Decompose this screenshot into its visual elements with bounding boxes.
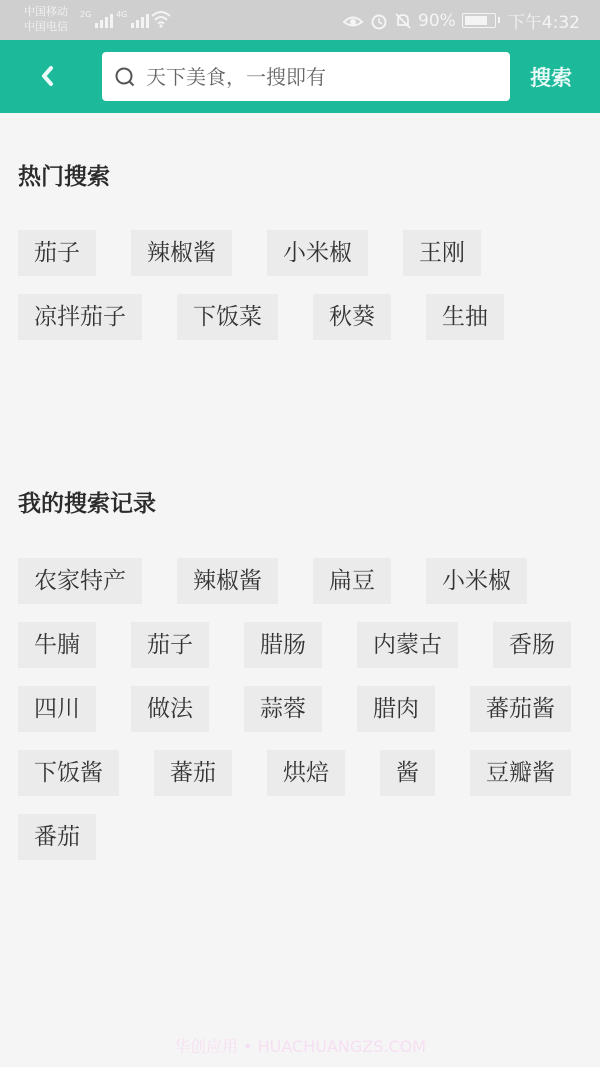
search-tag[interactable]: 内蒙古 <box>357 622 458 668</box>
search-tag[interactable]: 腊肠 <box>244 622 322 668</box>
search-tag[interactable]: 酱 <box>380 750 435 796</box>
search-tag[interactable]: 王刚 <box>403 230 481 276</box>
back-arrow-icon[interactable] <box>34 62 62 90</box>
search-tag[interactable]: 蕃茄 <box>154 750 232 796</box>
search-tag[interactable]: 番茄 <box>18 814 96 860</box>
search-tag[interactable]: 牛腩 <box>18 622 96 668</box>
search-tag[interactable]: 小米椒 <box>267 230 368 276</box>
signal-icon-1: 2G <box>80 10 113 28</box>
search-tag[interactable]: 农家特产 <box>18 558 142 604</box>
history-tags: 农家特产辣椒酱扁豆小米椒牛腩茄子腊肠内蒙古香肠四川做法蒜蓉腊肉蕃茄酱下饭酱蕃茄烘… <box>18 558 588 860</box>
search-icon <box>114 66 136 88</box>
battery-icon <box>462 13 496 28</box>
eye-icon <box>342 13 364 29</box>
status-right: 90% 下午4:32 <box>342 8 580 33</box>
search-tag[interactable]: 生抽 <box>426 294 504 340</box>
search-tag[interactable]: 凉拌茄子 <box>18 294 142 340</box>
carrier-2: 中国电信 <box>24 19 68 34</box>
search-tag[interactable]: 烘焙 <box>267 750 345 796</box>
search-tag[interactable]: 茄子 <box>131 622 209 668</box>
search-tag[interactable]: 下饭菜 <box>177 294 278 340</box>
watermark: 华创应用 • HUACHUANGZS.COM <box>0 1034 600 1057</box>
clock: 下午4:32 <box>508 8 580 33</box>
battery-percent: 90% <box>418 11 456 31</box>
search-tag[interactable]: 香肠 <box>493 622 571 668</box>
wifi-icon <box>150 10 172 28</box>
search-tag[interactable]: 蒜蓉 <box>244 686 322 732</box>
search-tag[interactable]: 蕃茄酱 <box>470 686 571 732</box>
search-header: 搜索 <box>0 40 600 113</box>
search-tag[interactable]: 扁豆 <box>313 558 391 604</box>
search-tag[interactable]: 小米椒 <box>426 558 527 604</box>
search-tag[interactable]: 秋葵 <box>313 294 391 340</box>
mute-bell-icon <box>394 12 412 30</box>
hot-search-title: 热门搜索 <box>18 158 110 191</box>
search-tag[interactable]: 做法 <box>131 686 209 732</box>
search-button[interactable]: 搜索 <box>530 62 572 92</box>
signal-icon-2: 4G <box>116 10 149 28</box>
carrier-labels: 中国移动 中国电信 <box>24 4 68 34</box>
alarm-icon <box>370 12 388 30</box>
history-title: 我的搜索记录 <box>18 485 156 518</box>
search-tag[interactable]: 茄子 <box>18 230 96 276</box>
search-tag[interactable]: 辣椒酱 <box>131 230 232 276</box>
carrier-1: 中国移动 <box>24 4 68 19</box>
search-tag[interactable]: 豆瓣酱 <box>470 750 571 796</box>
search-tag[interactable]: 四川 <box>18 686 96 732</box>
search-tag[interactable]: 下饭酱 <box>18 750 119 796</box>
status-bar: 中国移动 中国电信 2G 4G 90% 下午4:32 <box>0 0 600 40</box>
search-input[interactable] <box>144 64 498 90</box>
hot-search-tags: 茄子辣椒酱小米椒王刚凉拌茄子下饭菜秋葵生抽 <box>18 230 588 340</box>
search-tag[interactable]: 辣椒酱 <box>177 558 278 604</box>
search-field[interactable] <box>102 52 510 101</box>
search-tag[interactable]: 腊肉 <box>357 686 435 732</box>
